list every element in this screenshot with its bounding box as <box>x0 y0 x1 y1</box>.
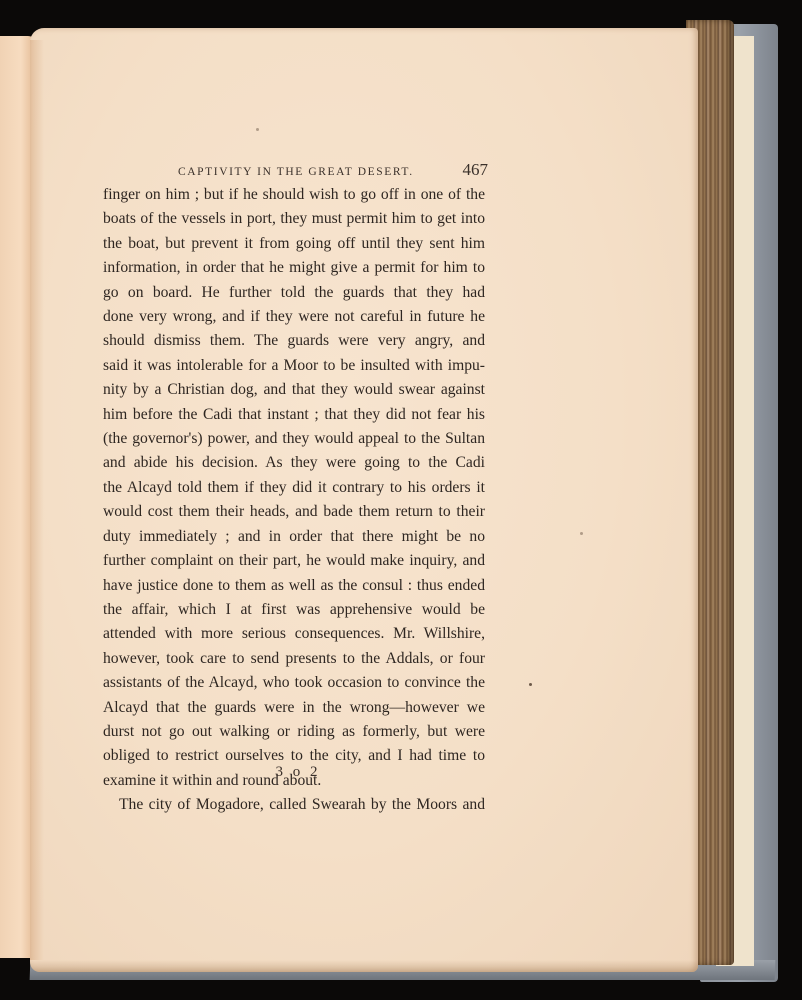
text-line: durst not go out walking or riding as fo… <box>103 720 485 744</box>
running-head: CAPTIVITY IN THE GREAT DESERT. 467 <box>178 160 488 182</box>
speck <box>529 683 532 686</box>
text-line: however, took care to send presents to t… <box>103 647 485 671</box>
text-line: said it was intolerable for a Moor to be… <box>103 354 485 378</box>
text-line: the boat, but prevent it from going off … <box>103 232 485 256</box>
text-line: further complaint on their part, he woul… <box>103 549 485 573</box>
text-line: duty immediately ; and in order that the… <box>103 525 485 549</box>
running-title: CAPTIVITY IN THE GREAT DESERT. <box>178 166 414 178</box>
page-number: 467 <box>463 160 489 180</box>
speck <box>256 128 259 131</box>
text-line: him before the Cadi that instant ; that … <box>103 403 485 427</box>
paragraph-start-line: The city of Mogadore, called Swearah by … <box>103 793 485 817</box>
text-line: and abide his decision. As they were goi… <box>103 451 485 475</box>
text-line: should dismiss them. The guards were ver… <box>103 329 485 353</box>
text-line: (the governor's) power, and they would a… <box>103 427 485 451</box>
body-text: finger on him ; but if he should wish to… <box>103 183 485 818</box>
text-line: would cost them their heads, and bade th… <box>103 500 485 524</box>
text-line: done very wrong, and if they were not ca… <box>103 305 485 329</box>
speck <box>580 532 583 535</box>
text-line: Alcayd that the guards were in the wrong… <box>103 696 485 720</box>
text-line: assistants of the Alcayd, who took occas… <box>103 671 485 695</box>
text-line: go on board. He further told the guards … <box>103 281 485 305</box>
signature-mark: 3 o 2 <box>268 764 328 781</box>
text-line: have justice done to them as well as the… <box>103 574 485 598</box>
text-line: the affair, which I at first was apprehe… <box>103 598 485 622</box>
gutter-shadow <box>30 40 44 960</box>
text-line: boats of the vessels in port, they must … <box>103 207 485 231</box>
text-line: information, in order that he might give… <box>103 256 485 280</box>
text-line: attended with more serious consequences.… <box>103 622 485 646</box>
text-line: finger on him ; but if he should wish to… <box>103 183 485 207</box>
text-line: the Alcayd told them if they did it cont… <box>103 476 485 500</box>
text-line: nity by a Christian dog, and that they w… <box>103 378 485 402</box>
